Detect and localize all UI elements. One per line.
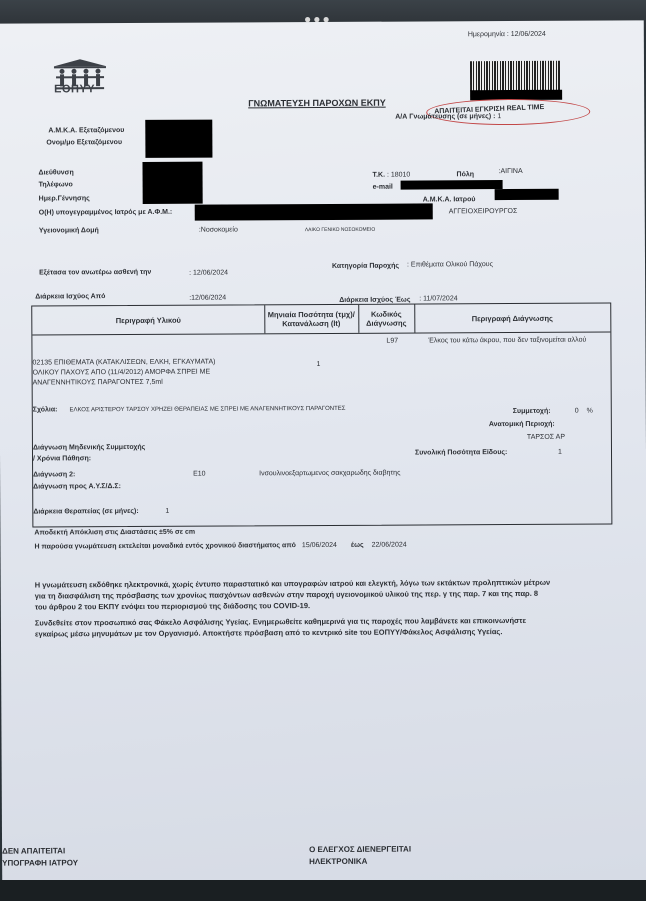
redacted-email — [401, 180, 503, 190]
doctor-specialty: ΑΓΓΕΙΟΧΕΙΡΟΥΡΓΟΣ — [449, 208, 518, 215]
total-quantity-value: 1 — [558, 449, 562, 456]
participation-number: 0 — [575, 408, 579, 415]
table-header: Περιγραφή Υλικού Μηνιαία Ποσότητα (τμχ)/… — [32, 303, 610, 335]
diagnosis-code: L97 — [386, 338, 398, 345]
valid-from-label: Διάρκεια Ισχύος Από — [35, 293, 105, 300]
period-from: 15/06/2024 — [302, 542, 337, 549]
participation-value: 0 % — [575, 408, 593, 415]
zero-participation-label: Διάγνωση Μηδενικής Συμμετοχής — [33, 444, 145, 452]
page-title: ΓΝΩΜΑΤΕΥΣΗ ΠΑΡΟΧΩΝ ΕΚΠΥ — [248, 98, 386, 109]
total-quantity-label: Συνολική Ποσότητα Είδους: — [415, 449, 507, 456]
tolerance-note: Αποδεκτή Απόκλιση στις Διαστάσεις ±5% σε… — [34, 529, 195, 537]
diagnosis-ays-label: Διάγνωση προς Α.Υ.Σ/Δ.Σ: — [33, 483, 121, 490]
electronic-issue-note: Η γνωμάτευση εκδόθηκε ηλεκτρονικά, χωρίς… — [35, 577, 551, 613]
email-label: e-mail — [373, 184, 393, 191]
col-diagnosis-code: Κωδικός Διάγνωσης — [358, 305, 415, 333]
tk-value: : 18010 — [387, 172, 410, 179]
logo-text: ΕΟΠΥΥ — [54, 83, 95, 95]
photo-background-bottom — [0, 880, 646, 901]
participation-label: Συμμετοχή: — [513, 408, 551, 415]
participation-unit: % — [587, 408, 593, 415]
therapy-duration-label: Διάρκεια Θεραπείας (σε μήνες): — [33, 508, 138, 516]
footer-left-line: ΔΕΝ ΑΠΑΙΤΕΙΤΑΙ — [2, 845, 78, 857]
facility-name: ΛΑΙΚΟ ΓΕΝΙΚΟ ΝΟΣΟΚΟΜΕΙΟ — [305, 227, 375, 233]
col-monthly-quantity: Μηνιαία Ποσότητα (τμχ)/ Κατανάλωση (lt) — [264, 305, 359, 333]
address-label: Διεύθυνση — [39, 169, 74, 176]
redacted-doctor-afm — [195, 203, 433, 220]
referral-document: ΕΟΠΥΥ Ημερομηνία : 12/06/2024 ΑΠΑΙΤΕΙΤΑΙ… — [0, 20, 646, 883]
doctor-afm-label: Ο(Η) υπογεγραμμένος Ιατρός με Α.Φ.Μ.: — [39, 209, 173, 217]
monthly-quantity: 1 — [317, 361, 321, 368]
date-label: Ημερομηνία : — [468, 31, 509, 38]
anatomic-value: ΤΑΡΣΟΣ ΑΡ — [527, 434, 565, 441]
date-field: Ημερομηνία : 12/06/2024 — [468, 31, 546, 38]
period-text: Η παρούσα γνωμάτευση εκτελείται μοναδικά… — [34, 542, 296, 550]
barcode — [470, 61, 560, 91]
doctor-amka-label: Α.Μ.Κ.Α. Ιατρού — [423, 196, 476, 203]
col-diagnosis-description: Περιγραφή Διάγνωσης — [414, 303, 610, 332]
dob-label: Ημερ.Γέννησης — [39, 195, 90, 202]
material-line: ΟΛΙΚΟΥ ΠΑΧΟΥΣ ΑΠΟ (11/4/2012) ΑΜΟΡΦΑ ΣΠΡ… — [33, 368, 216, 379]
category-label: Κατηγορία Παροχής — [332, 263, 399, 270]
footer-right-line: Ο ΕΛΕΓΧΟΣ ΔΙΕΝΕΡΓΕΙΤΑΙ — [309, 844, 411, 857]
patient-name-label: Ονομ/μο Εξεταζόμενου — [46, 139, 122, 146]
redacted-doctor-amka — [495, 189, 559, 200]
phone-label: Τηλέφωνο — [39, 181, 73, 188]
tk-field: Τ.Κ. : 18010 — [373, 172, 411, 179]
city-value: :ΑΙΓΙΝΑ — [499, 168, 523, 175]
valid-from-value: :12/06/2024 — [189, 295, 226, 302]
diagnosis2-code: E10 — [193, 471, 206, 478]
diagnosis-description: Έλκος του κάτω άκρου, που δεν ταξινομείτ… — [428, 337, 586, 345]
aa-value: 1 — [497, 113, 501, 120]
health-file-note: Συνδεθείτε στον προσωπικό σας Φάκελο Ασφ… — [35, 615, 526, 640]
anatomic-label: Ανατομική Περιοχή: — [489, 421, 555, 428]
chronic-condition-label: / Χρόνια Πάθηση: — [33, 455, 91, 462]
therapy-duration-value: 1 — [165, 508, 169, 515]
diagnosis2-description: Ινσουλινοεξαρτωμενος σακχαρωδης διαβητης — [259, 470, 400, 478]
col-material-description: Περιγραφή Υλικού — [32, 305, 265, 334]
materials-table: Περιγραφή Υλικού Μηνιαία Ποσότητα (τμχ)/… — [31, 302, 612, 527]
aa-field: Α/Α Γνωμάτευσης (σε μήνες) : 1 — [395, 113, 501, 121]
footer-right-line: ΗΛΕΚΤΡΟΝΙΚΑ — [309, 856, 411, 869]
electronic-check-note: Ο ΕΛΕΓΧΟΣ ΔΙΕΝΕΡΓΕΙΤΑΙ ΗΛΕΚΤΡΟΝΙΚΑ — [309, 844, 411, 869]
patient-amka-label: Α.Μ.Κ.Α. Εξεταζόμενου — [48, 127, 124, 134]
footer-left-line: ΥΠΟΓΡΑΦΗ ΙΑΤΡΟΥ — [2, 857, 78, 869]
comments-label: Σχόλια: — [33, 406, 58, 413]
comments: Σχόλια: ΕΛΚΟΣ ΑΡΙΣΤΕΡΟΥ ΤΑΡΣΟΥ ΧΡΗΖΕΙ ΘΕ… — [33, 405, 346, 414]
exam-date-label: Εξέτασα τον ανωτέρω ασθενή την — [39, 269, 151, 277]
category-value: : Επιθέματα Ολικού Πάχους — [407, 261, 493, 268]
comments-value: ΕΛΚΟΣ ΑΡΙΣΤΕΡΟΥ ΤΑΡΣΟΥ ΧΡΗΖΕΙ ΘΕΡΑΠΕΙΑΣ … — [69, 406, 345, 413]
exam-date-value: : 12/06/2024 — [189, 269, 228, 276]
note-line: εγκαίρως μέσω μηνυμάτων με τον Οργανισμό… — [35, 626, 526, 640]
period-to-label: έως — [351, 542, 364, 549]
period-to: 22/06/2024 — [372, 542, 407, 549]
diagnosis2-label: Διάγνωση 2: — [33, 471, 75, 478]
facility-type: :Νοσοκομείο — [199, 226, 238, 233]
redacted-patient-id — [145, 120, 212, 158]
aa-label: Α/Α Γνωμάτευσης (σε μήνες) : — [395, 113, 495, 121]
facility-label: Υγειονομική Δομή — [39, 227, 99, 234]
material-line: ΑΝΑΓΕΝΝΗΤΙΚΟΥΣ ΠΑΡΑΓΟΝΤΕΣ 7,5ml — [33, 378, 216, 389]
validity-period: Η παρούσα γνωμάτευση εκτελείται μοναδικά… — [34, 542, 406, 551]
city-label: Πόλη — [457, 171, 475, 178]
note-line: του άρθρου 2 του ΕΚΠΥ ενόψει του περιορι… — [35, 599, 551, 613]
material-description: 02135 ΕΠΙΘΕΜΑΤΑ (ΚΑΤΑΚΛΙΣΕΩΝ, ΕΛΚΗ, ΕΓΚΑ… — [33, 358, 216, 389]
valid-to-value: : 11/07/2024 — [419, 295, 457, 302]
date-value: 12/06/2024 — [511, 31, 546, 38]
tk-label: Τ.Κ. — [373, 172, 385, 179]
no-signature-required: ΔΕΝ ΑΠΑΙΤΕΙΤΑΙ ΥΠΟΓΡΑΦΗ ΙΑΤΡΟΥ — [2, 845, 78, 869]
redacted-patient-contact — [142, 162, 202, 204]
